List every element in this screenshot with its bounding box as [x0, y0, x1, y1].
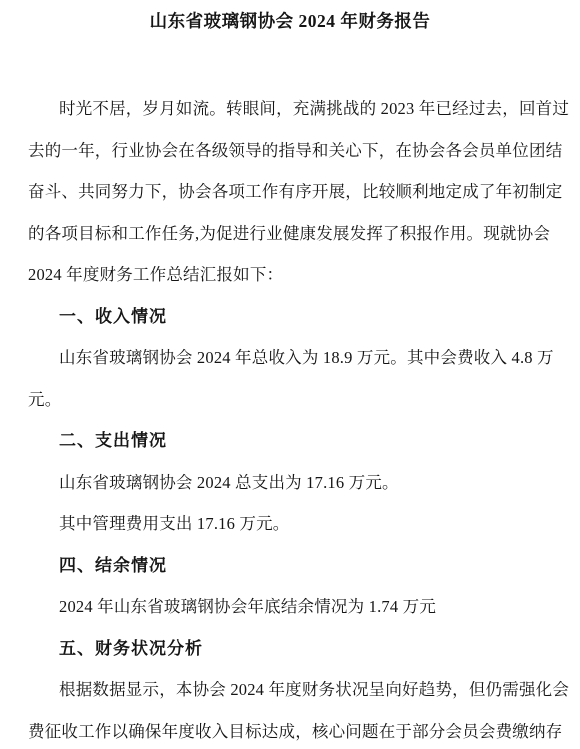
section-heading-income: 一、收入情况 — [28, 296, 554, 338]
paragraph-line: 2024 年度财务工作总结汇报如下： — [28, 254, 554, 296]
paragraph-line: 山东省玻璃钢协会 2024 年总收入为 18.9 万元。其中会费收入 4.8 万 — [28, 337, 554, 379]
paragraph-line: 奋斗、共同努力下，协会各项工作有序开展，比较顺利地定成了年初制定 — [28, 171, 554, 213]
paragraph-line: 根据数据显示，本协会 2024 年度财务状况呈向好趋势，但仍需强化会 — [28, 669, 554, 711]
report-page: 山东省玻璃钢协会 2024 年财务报告 时光不居，岁月如流。转眼间，充满挑战的 … — [0, 0, 580, 749]
paragraph-line: 其中管理费用支出 17.16 万元。 — [28, 503, 554, 545]
paragraph-line: 山东省玻璃钢协会 2024 总支出为 17.16 万元。 — [28, 462, 554, 504]
paragraph-line: 时光不居，岁月如流。转眼间，充满挑战的 2023 年已经过去，回首过 — [28, 88, 554, 130]
paragraph-line: 去的一年，行业协会在各级领导的指导和关心下，在协会各会员单位团结 — [28, 130, 554, 172]
section-heading-expenditure: 二、支出情况 — [28, 420, 554, 462]
paragraph-line: 费征收工作以确保年度收入目标达成，核心问题在于部分会员会费缴纳存 — [28, 711, 554, 749]
report-body: 时光不居，岁月如流。转眼间，充满挑战的 2023 年已经过去，回首过 去的一年，… — [28, 88, 554, 749]
report-title: 山东省玻璃钢协会 2024 年财务报告 — [0, 6, 580, 36]
section-heading-balance: 四、结余情况 — [28, 545, 554, 587]
section-heading-analysis: 五、财务状况分析 — [28, 628, 554, 670]
paragraph-line: 元。 — [28, 379, 554, 421]
paragraph-line: 的各项目标和工作任务,为促进行业健康发展发挥了积报作用。现就协会 — [28, 213, 554, 255]
paragraph-line: 2024 年山东省玻璃钢协会年底结余情况为 1.74 万元 — [28, 586, 554, 628]
